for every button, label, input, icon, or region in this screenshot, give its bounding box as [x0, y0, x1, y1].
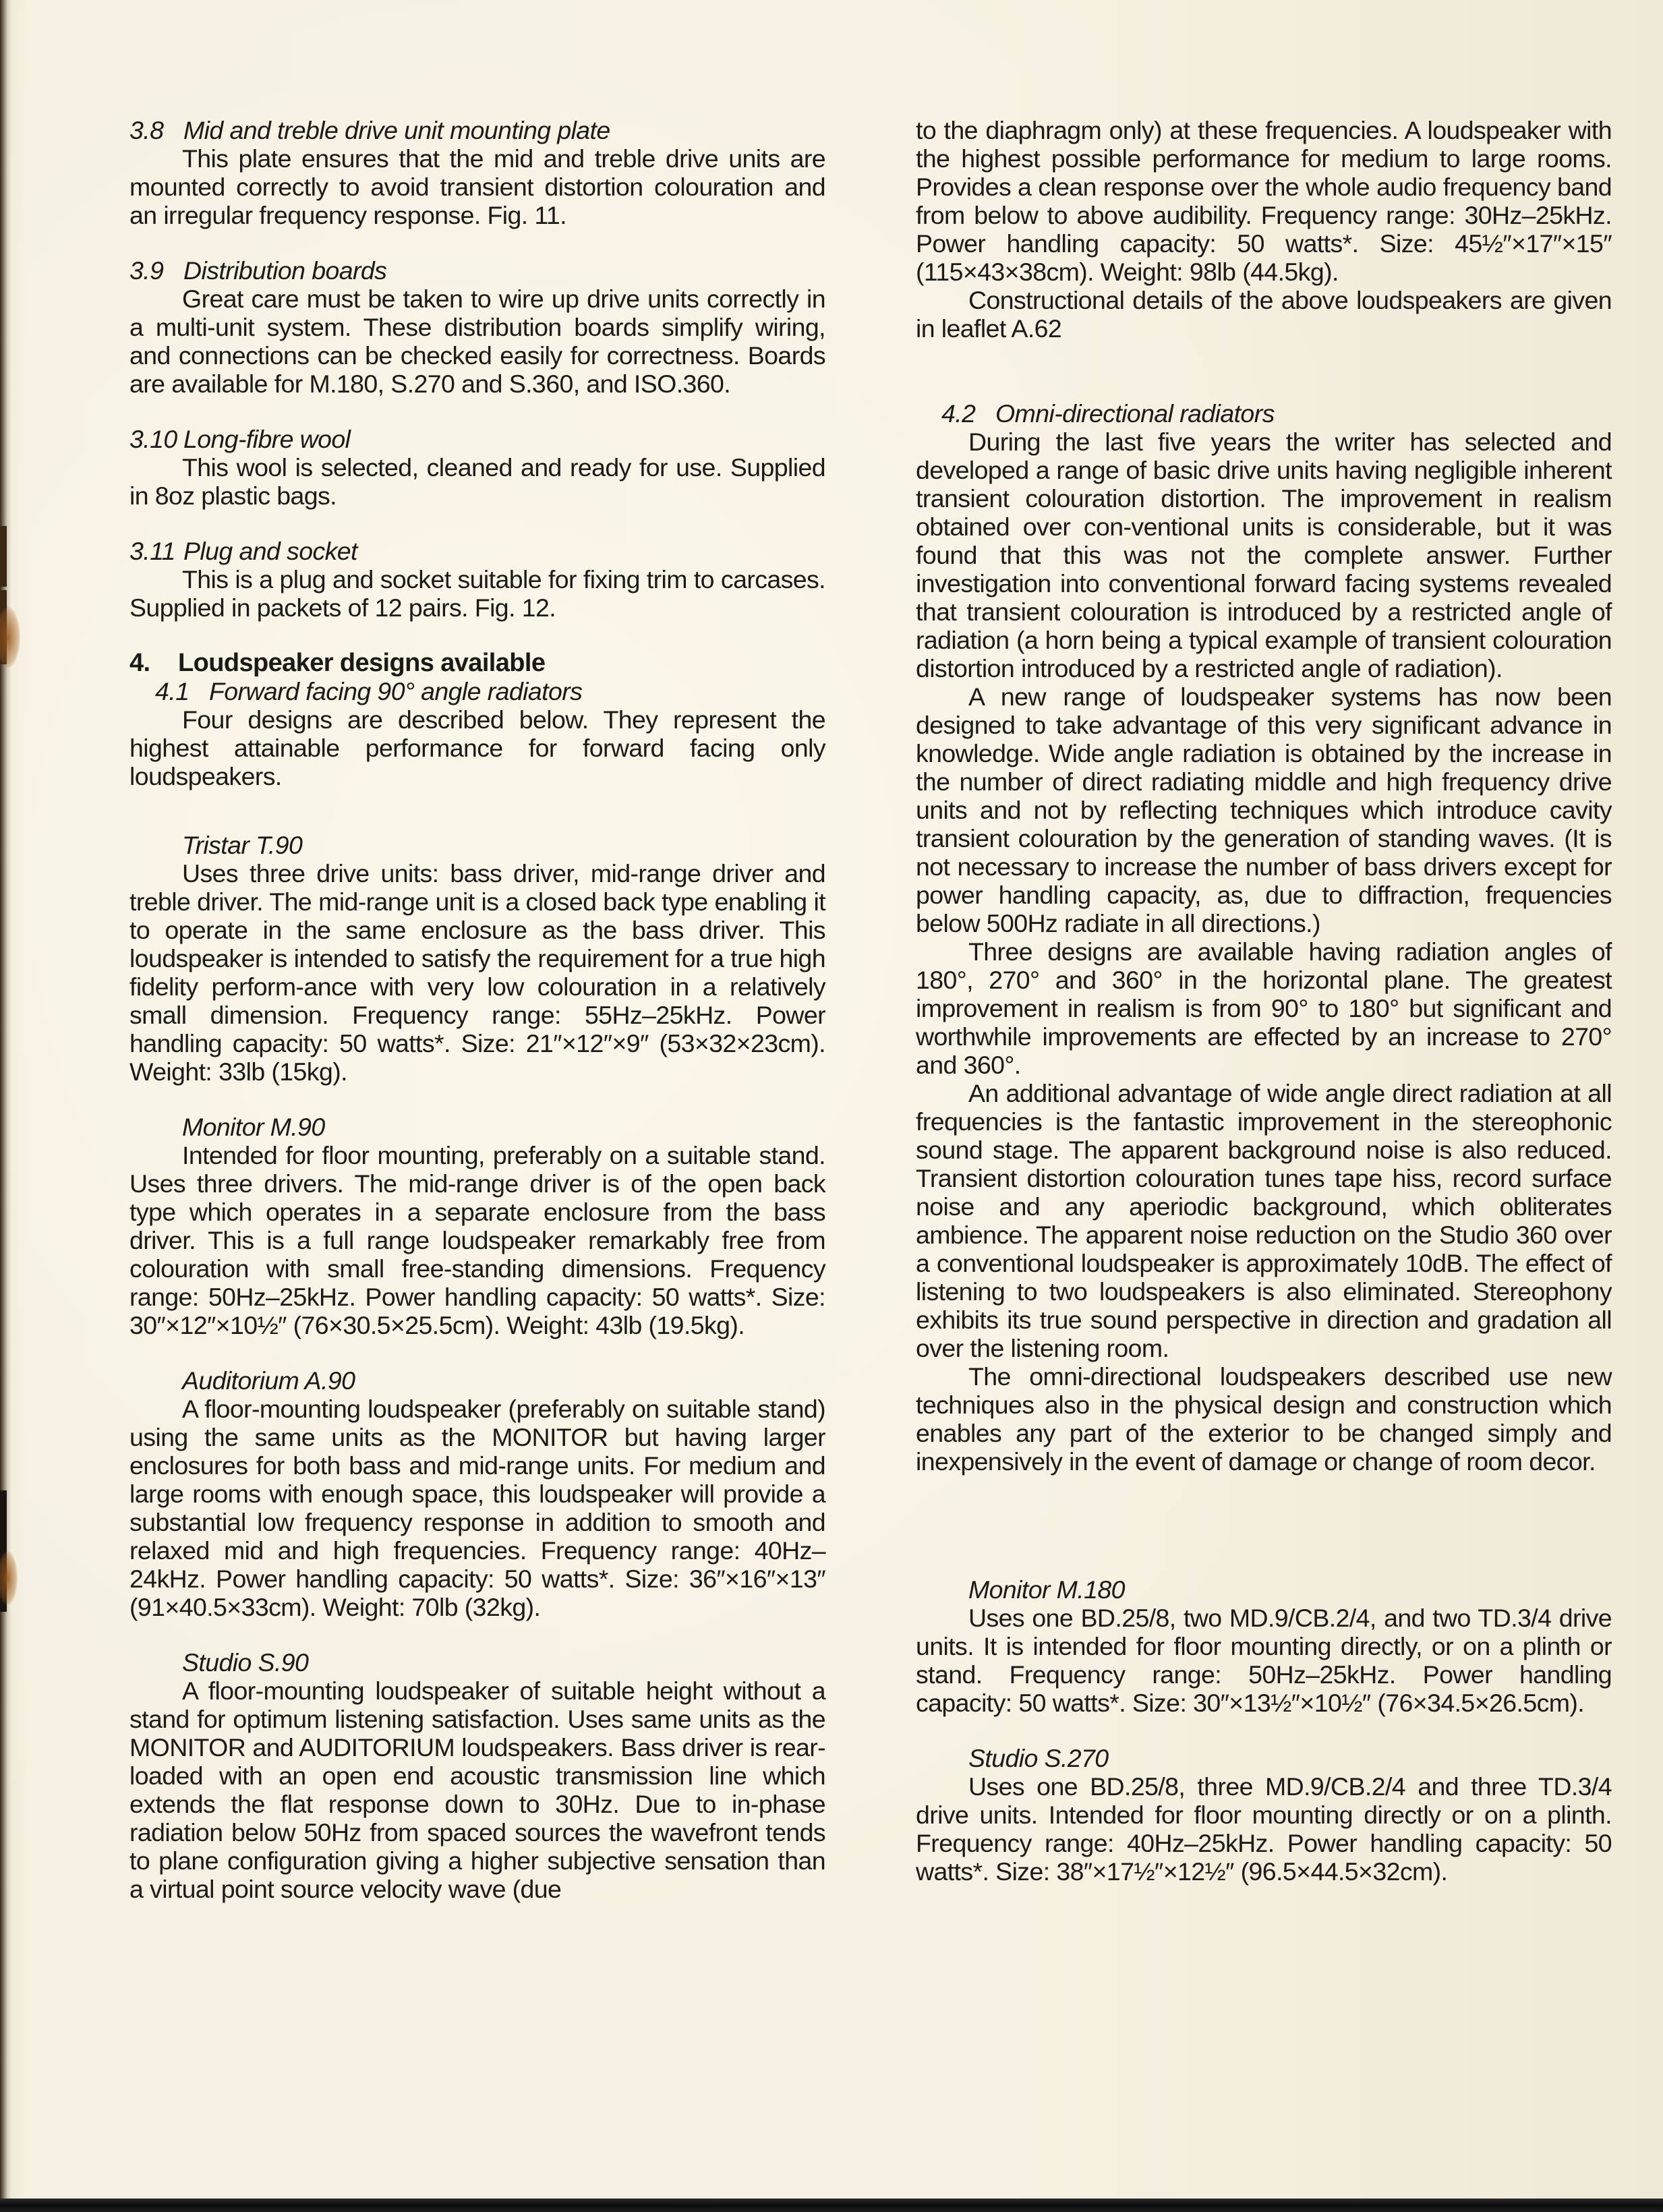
right-column: to the diaphragm only) at these frequenc…	[916, 116, 1612, 1886]
section-4-2-paragraph: During the last five years the writer ha…	[916, 428, 1612, 682]
rust-stain	[0, 607, 20, 668]
model-body-monitor-m180: Uses one BD.25/8, two MD.9/CB.2/4, and t…	[916, 1604, 1612, 1717]
section-4-2-heading: 4.2Omni-directional radiators	[941, 399, 1612, 428]
model-title-auditorium-a90: Auditorium A.90	[182, 1366, 825, 1395]
staple-mark	[0, 526, 7, 587]
section-4-heading: 4.Loudspeaker designs available	[129, 649, 825, 677]
model-body-monitor-m90: Intended for floor mounting, preferably …	[129, 1141, 825, 1339]
section-4-1-body: Four designs are described below. They r…	[129, 705, 825, 790]
rust-stain	[0, 1551, 18, 1605]
section-3-8-heading: 3.8Mid and treble drive unit mounting pl…	[129, 116, 825, 144]
model-body-auditorium-a90: A floor-mounting loudspeaker (preferably…	[129, 1395, 825, 1621]
model-title-monitor-m180: Monitor M.180	[968, 1575, 1612, 1604]
scanned-page: 3.8Mid and treble drive unit mounting pl…	[0, 0, 1663, 2212]
left-column: 3.8Mid and treble drive unit mounting pl…	[129, 116, 825, 1903]
studio-s90-continuation: to the diaphragm only) at these frequenc…	[916, 116, 1612, 286]
section-3-8-body: This plate ensures that the mid and treb…	[129, 144, 825, 229]
section-3-11-body: This is a plug and socket suitable for f…	[129, 565, 825, 622]
section-3-9-heading: 3.9Distribution boards	[129, 256, 825, 285]
model-body-studio-s90: A floor-mounting loudspeaker of suitable…	[129, 1677, 825, 1903]
model-body-tristar-t90: Uses three drive units: bass driver, mid…	[129, 859, 825, 1086]
constructional-note: Constructional details of the above loud…	[916, 286, 1612, 343]
section-3-10-heading: 3.10Long-fibre wool	[129, 425, 825, 453]
model-title-monitor-m90: Monitor M.90	[182, 1113, 825, 1141]
page-bottom-edge	[0, 2199, 1663, 2212]
section-4-1-heading: 4.1Forward facing 90° angle radiators	[155, 677, 825, 705]
section-4-2-paragraph: A new range of loudspeaker systems has n…	[916, 682, 1612, 937]
page-binding-edge	[0, 0, 11, 2212]
section-4-2-paragraph: An additional advantage of wide angle di…	[916, 1079, 1612, 1362]
model-body-studio-s270: Uses one BD.25/8, three MD.9/CB.2/4 and …	[916, 1772, 1612, 1886]
section-3-11-heading: 3.11Plug and socket	[129, 537, 825, 565]
section-4-2-paragraph: Three designs are available having radia…	[916, 937, 1612, 1079]
model-title-studio-s270: Studio S.270	[968, 1744, 1612, 1772]
section-3-10-body: This wool is selected, cleaned and ready…	[129, 453, 825, 510]
model-title-tristar-t90: Tristar T.90	[182, 831, 825, 859]
model-title-studio-s90: Studio S.90	[182, 1648, 825, 1677]
section-3-9-body: Great care must be taken to wire up driv…	[129, 285, 825, 398]
section-4-2-paragraph: The omni-directional loudspeakers descri…	[916, 1362, 1612, 1476]
